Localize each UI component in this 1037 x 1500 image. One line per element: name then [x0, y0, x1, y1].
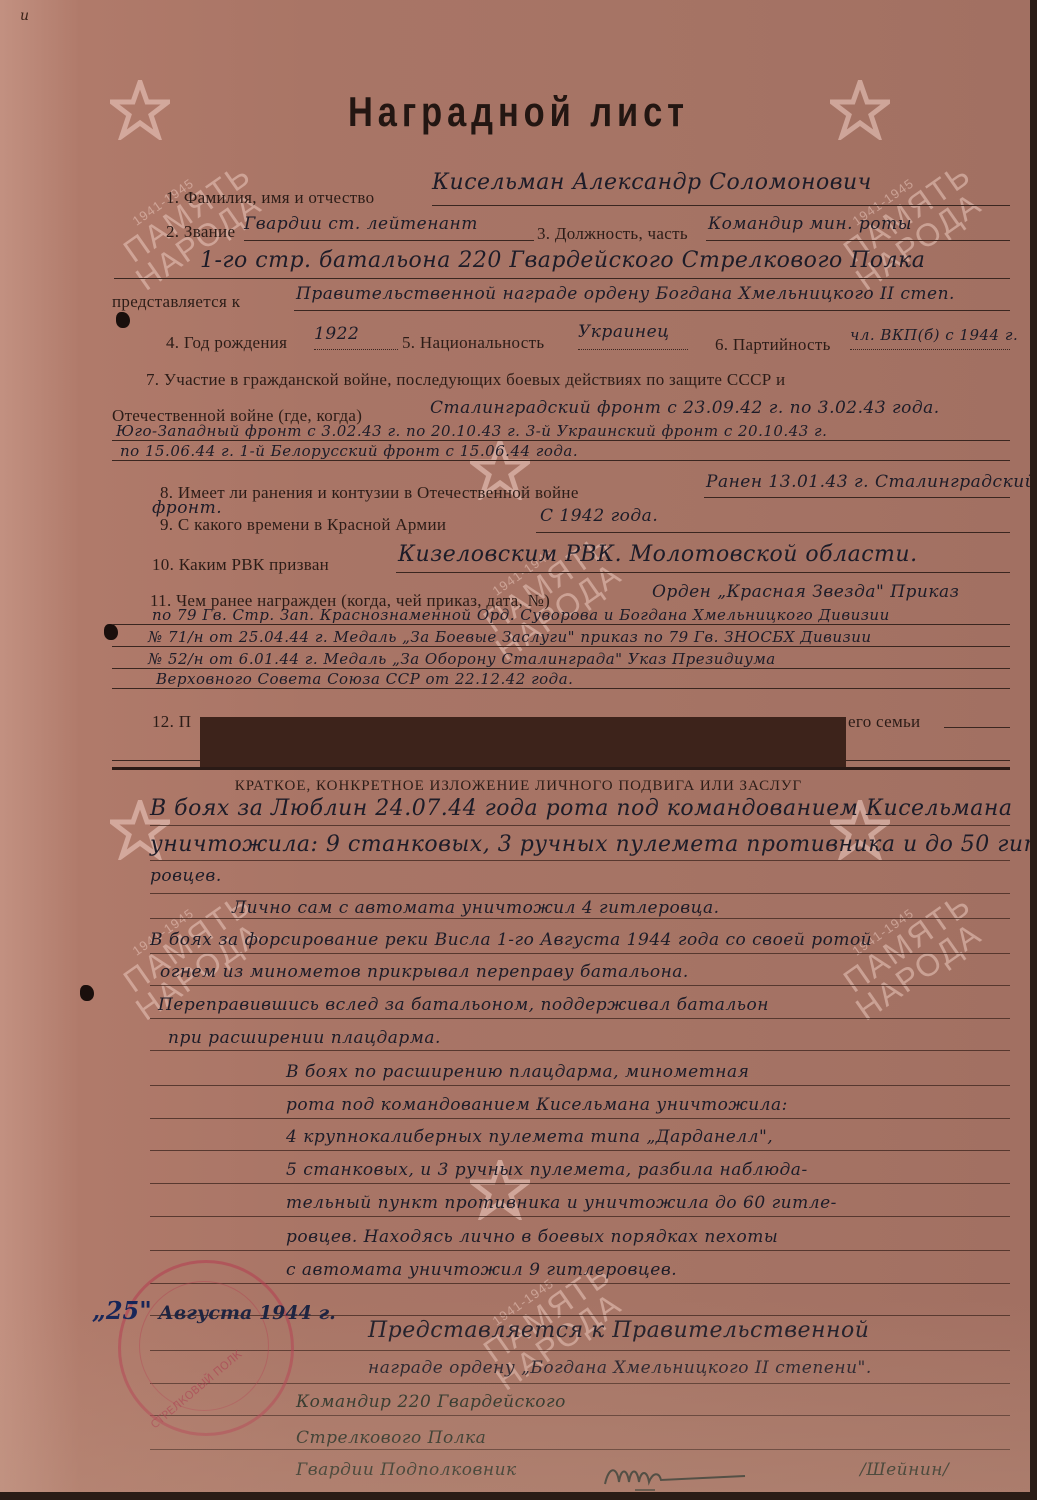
field-7-label-line1: 7. Участие в гражданской войне, последую…	[146, 370, 785, 390]
stamp-text: СТРЕЛКОВЫЙ ПОЛК	[148, 1348, 244, 1432]
field-12-line	[944, 727, 1010, 728]
field-6-label: 6. Партийность	[715, 335, 831, 355]
punch-hole	[104, 624, 118, 640]
handwritten-signature-icon	[595, 1462, 755, 1492]
award-sheet-page: и 1941-1945 ПАМЯТЬ НАРОДА 1941-1945 ПАМЯ…	[0, 0, 1030, 1492]
field-2-label: 2. Звание	[166, 222, 235, 242]
field-8-label: 8. Имеет ли ранения и контузии в Отечест…	[160, 483, 579, 503]
field-11-line3	[112, 646, 1010, 647]
date: „25" Августа 1944 г.	[92, 1296, 336, 1325]
ruled-line	[150, 1383, 1010, 1384]
ruled-line	[150, 1216, 1010, 1217]
field-1-value: Кисельман Александр Соломонович	[432, 170, 872, 195]
presented-line	[294, 310, 1010, 311]
date-day-value: 25	[106, 1296, 139, 1325]
punch-hole	[80, 985, 94, 1001]
signature-title-line2: Стрелкового Полка	[296, 1428, 486, 1448]
field-3-value: Командир мин. роты	[708, 214, 912, 234]
field-7-value-line1: Сталинградский фронт с 23.09.42 г. по 3.…	[430, 398, 940, 418]
field-4-label: 4. Год рождения	[166, 333, 287, 353]
field-5-value: Украинец	[578, 322, 670, 342]
field-11-line5	[112, 688, 1010, 689]
signer-name: /Шейнин/	[860, 1460, 949, 1480]
narrative-line: В боях по расширению плацдарма, минометн…	[286, 1062, 749, 1082]
field-3-line2	[114, 278, 1010, 279]
field-11-line2	[112, 624, 1010, 625]
narrative-line: рота под командованием Кисельмана уничто…	[286, 1095, 788, 1115]
field-6-line	[850, 349, 1010, 350]
conclusion-line1: Представляется к Правительственной	[368, 1318, 869, 1343]
field-5-label: 5. Национальность	[402, 333, 544, 353]
field-4-line	[314, 349, 398, 350]
field-3-label: 3. Должность, часть	[537, 224, 688, 244]
field-9-label: 9. С какого времени в Красной Армии	[160, 515, 446, 535]
corner-mark: и	[20, 8, 29, 24]
watermark-years: 1941-1945	[490, 1246, 599, 1329]
narrative-line: ровцев. Находясь лично в боевых порядках…	[286, 1227, 778, 1247]
field-1-line	[432, 205, 1010, 206]
ruled-line	[150, 1283, 1010, 1284]
presented-value: Правительственной награде ордену Богдана…	[296, 284, 955, 304]
document-title: Наградной лист	[93, 88, 943, 136]
ruled-line	[150, 918, 1010, 919]
ruled-line	[150, 893, 1010, 894]
narrative-line: огнем из минометов прикрывал переправу б…	[160, 962, 689, 982]
field-6-value: чл. ВКП(б) с 1944 г.	[850, 326, 1018, 344]
ruled-line	[150, 825, 1010, 826]
field-8-line	[704, 497, 1010, 498]
signature-title-line3: Гвардии Подполковник	[296, 1460, 517, 1480]
field-7-value-line3: по 15.06.44 г. 1-й Белорусский фронт с 1…	[120, 442, 578, 460]
field-5-line	[578, 349, 688, 350]
redaction-block	[200, 717, 846, 769]
narrative-line: ровцев.	[150, 866, 222, 886]
ruled-line	[150, 1150, 1010, 1151]
field-7-value-line2: Юго-Западный фронт с 3.02.43 г. по 20.10…	[116, 422, 827, 440]
ruled-line	[150, 1449, 1010, 1450]
field-4-value: 1922	[314, 324, 359, 344]
ruled-line	[150, 1415, 1010, 1416]
field-11-value-line3: № 71/н от 25.04.44 г. Медаль „За Боевые …	[148, 628, 872, 646]
field-10-value: Кизеловским РВК. Молотовской области.	[398, 542, 918, 567]
narrative-line: Лично сам с автомата уничтожил 4 гитлеро…	[232, 898, 720, 918]
narrative-line: тельный пункт противника и уничтожила до…	[286, 1193, 837, 1213]
ruled-line	[150, 1250, 1010, 1251]
narrative-line: 5 станковых, и 3 ручных пулемета, разбил…	[286, 1160, 808, 1180]
ruled-line	[150, 953, 1010, 954]
field-11-value-line5: Верховного Совета Союза ССР от 22.12.42 …	[156, 670, 573, 688]
field-11-line4	[112, 668, 1010, 669]
ruled-line	[150, 1350, 1010, 1351]
narrative-line: с автомата уничтожил 9 гитлеровцев.	[286, 1260, 677, 1280]
ruled-line	[150, 1315, 1010, 1316]
date-day: „25"	[92, 1296, 152, 1325]
field-3-line	[706, 240, 1010, 241]
watermark-line2: НАРОДА	[851, 913, 993, 1025]
field-11-value-line4: № 52/н от 6.01.44 г. Медаль „За Оборону …	[148, 650, 776, 668]
ruled-line	[150, 1183, 1010, 1184]
field-9-line	[536, 532, 1010, 533]
ruled-line	[150, 1050, 1010, 1051]
field-7-line2	[112, 440, 1010, 441]
narrative-line: уничтожила: 9 станковых, 3 ручных пулеме…	[150, 832, 1030, 857]
section-divider	[112, 767, 1010, 770]
signature-title-line1: Командир 220 Гвардейского	[296, 1392, 566, 1412]
field-12-label-end: его семьи	[848, 712, 920, 732]
conclusion-line2: награде ордену „Богдана Хмельницкого II …	[368, 1358, 872, 1378]
ruled-line	[150, 985, 1010, 986]
ruled-line	[150, 860, 1010, 861]
narrative-line: 4 крупнокалиберных пулемета типа „Дардан…	[286, 1127, 773, 1147]
field-11-value-line1: Орден „Красная Звезда" Приказ	[652, 582, 959, 602]
field-2-line	[244, 240, 534, 241]
date-month-year: Августа 1944 г.	[158, 1302, 335, 1324]
ruled-line	[150, 1085, 1010, 1086]
presented-label: представляется к	[112, 292, 240, 312]
ruled-line	[150, 1018, 1010, 1019]
section-heading: КРАТКОЕ, КОНКРЕТНОЕ ИЗЛОЖЕНИЕ ЛИЧНОГО ПО…	[0, 778, 1030, 795]
field-3-value-line2: 1-го стр. батальона 220 Гвардейского Стр…	[200, 248, 925, 273]
narrative-line: при расширении плацдарма.	[168, 1028, 441, 1048]
narrative-line: В боях за Люблин 24.07.44 года рота под …	[150, 796, 1013, 821]
field-2-value: Гвардии ст. лейтенант	[244, 214, 478, 234]
field-12-label-start: 12. П	[152, 712, 191, 732]
field-1-label: 1. Фамилия, имя и отчество	[166, 188, 374, 208]
field-7-line3	[112, 460, 1010, 461]
narrative-line: В боях за форсирование реки Висла 1-го А…	[150, 930, 872, 950]
field-9-value: С 1942 года.	[540, 506, 658, 526]
watermark-line2: НАРОДА	[491, 1283, 633, 1395]
ruled-line	[150, 1118, 1010, 1119]
field-10-line	[396, 572, 1010, 573]
field-11-value-line2: по 79 Гв. Стр. Зап. Краснознаменной Орд.…	[152, 606, 890, 624]
narrative-line: Переправившись вслед за батальоном, подд…	[158, 995, 769, 1015]
official-stamp: СТРЕЛКОВЫЙ ПОЛК	[118, 1260, 294, 1436]
punch-hole	[116, 312, 130, 328]
field-8-value: Ранен 13.01.43 г. Сталинградский	[706, 472, 1030, 492]
field-10-label: 10. Каким РВК призван	[152, 555, 329, 575]
